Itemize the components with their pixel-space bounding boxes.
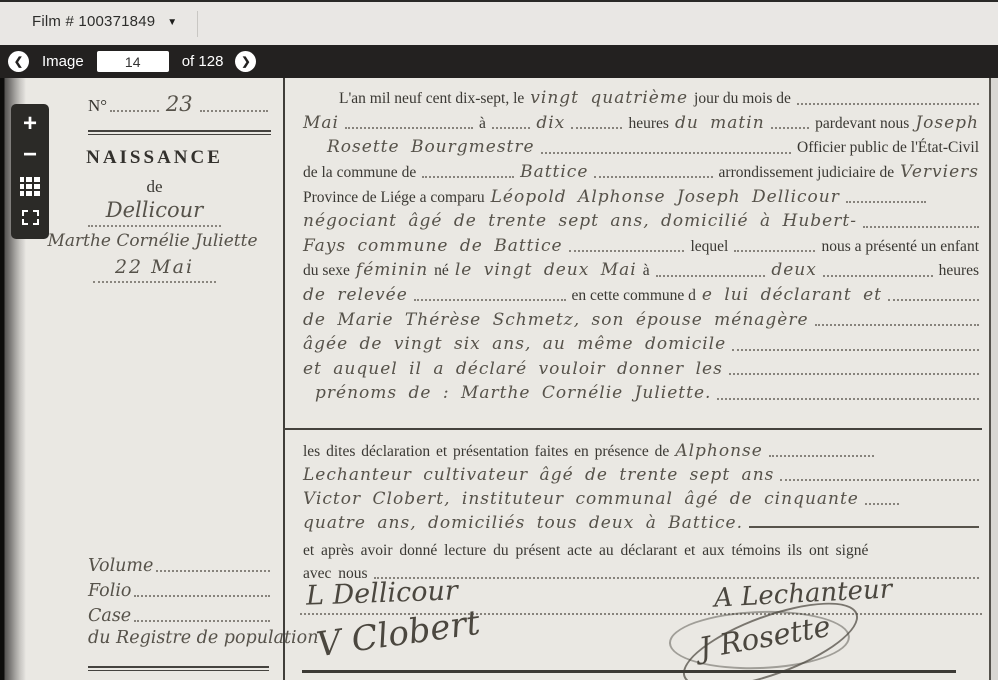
printed-text: du sexe xyxy=(303,261,350,280)
chevron-down-icon: ▼ xyxy=(167,15,177,28)
dotted-rule xyxy=(717,398,979,400)
image-number-input[interactable] xyxy=(97,51,169,72)
handwritten-text: Alphonse xyxy=(675,441,763,461)
zoom-out-button[interactable]: − xyxy=(11,140,49,170)
printed-text: lequel xyxy=(690,237,728,256)
document-text-line: quatre ans, domiciliés tous deux à Batti… xyxy=(300,509,982,533)
film-number-label: Film # 100371849 xyxy=(32,13,155,30)
top-bar: Film # 100371849 ▼ xyxy=(0,0,998,45)
document-text-line: Lechanteur cultivateur âgé de trente sep… xyxy=(300,461,982,485)
number-label: N° xyxy=(88,96,107,116)
record-number-value: 23 xyxy=(162,94,197,116)
dotted-rule xyxy=(771,127,809,129)
document-text-line: de Marie Thérèse Schmetz, son épouse mén… xyxy=(300,305,982,330)
rule-line xyxy=(134,620,270,622)
image-count-label: of 128 xyxy=(182,53,224,70)
margin-surname: Dellicour xyxy=(26,198,283,227)
printed-text: à xyxy=(643,261,650,280)
printed-text: L'an mil neuf cent dix-sept, le xyxy=(339,89,524,108)
document-text-line: de la commune deBatticearrondissement ju… xyxy=(300,158,982,183)
dotted-rule xyxy=(732,349,979,351)
rule-line xyxy=(156,570,270,572)
handwritten-text: Mai xyxy=(303,113,339,133)
case-label: Case xyxy=(88,606,131,626)
folio-field: Folio xyxy=(88,581,273,601)
film-selector-button[interactable]: Film # 100371849 ▼ xyxy=(32,13,177,30)
minus-icon: − xyxy=(23,143,37,167)
handwritten-text: Battice xyxy=(520,162,588,182)
printed-text: arrondissement judiciaire de xyxy=(719,163,895,182)
handwritten-text: Joseph xyxy=(915,113,979,133)
solid-rule xyxy=(749,526,979,528)
case-field: Case xyxy=(88,606,273,626)
registre-label: du Registre de population xyxy=(88,628,318,648)
dotted-rule xyxy=(846,201,926,203)
dotted-rule xyxy=(729,373,979,375)
rule-line xyxy=(110,110,159,112)
printed-text: pardevant nous xyxy=(815,114,909,133)
record-type-heading: NAISSANCE xyxy=(26,147,283,169)
fullscreen-button[interactable] xyxy=(11,202,49,232)
dotted-rule xyxy=(571,127,622,129)
surname-text: Dellicour xyxy=(88,198,221,227)
thumbnail-gallery-button[interactable] xyxy=(11,171,49,201)
document-text-line: du sexefémininnéle vingt deux Maiàdeuxhe… xyxy=(300,256,982,281)
double-rule xyxy=(88,666,269,671)
handwritten-text: féminin xyxy=(356,260,428,280)
divider xyxy=(197,11,198,37)
printed-text: Province de Liége a comparu xyxy=(303,188,485,207)
dotted-rule xyxy=(345,127,473,129)
dotted-rule xyxy=(594,176,712,178)
witness-section-text: les dites déclaration et présentation fa… xyxy=(300,437,982,533)
section-divider-rule xyxy=(283,428,982,430)
page-right-gutter xyxy=(991,78,998,680)
rule-line xyxy=(134,595,270,597)
handwritten-text: deux xyxy=(771,260,816,280)
handwritten-text: Rosette Bourgmestre xyxy=(327,137,535,157)
document-text-line: L'an mil neuf cent dix-sept, levingt qua… xyxy=(300,84,982,109)
dotted-rule xyxy=(780,479,979,481)
dotted-rule xyxy=(865,503,899,505)
document-text-line: les dites déclaration et présentation fa… xyxy=(300,437,982,461)
handwritten-text: le vingt deux Mai xyxy=(455,260,637,280)
document-text-line: Maiàdixheuresdu matinpardevant nousJosep… xyxy=(300,109,982,134)
document-text-line: négociant âgé de trente sept ans, domici… xyxy=(300,207,982,232)
printed-text: né xyxy=(434,261,449,280)
handwritten-text: du matin xyxy=(675,113,765,133)
handwritten-text: Léopold Alphonse Joseph Dellicour xyxy=(491,187,840,207)
document-main-column: L'an mil neuf cent dix-sept, levingt qua… xyxy=(300,78,982,680)
rule-line xyxy=(200,110,268,112)
chevron-right-icon: ❯ xyxy=(241,55,250,68)
handwritten-text: e lui déclarant et xyxy=(702,285,882,305)
document-text-line: âgée de vingt six ans, au même domicile xyxy=(300,330,982,355)
handwritten-text: prénoms de : Marthe Cornélie Juliette. xyxy=(315,383,711,403)
signature-officer: J Rosette xyxy=(697,609,835,671)
margin-date: 22 Mai xyxy=(26,256,283,283)
document-text-line: et après avoir donné lecture du présent … xyxy=(300,537,982,560)
printed-text: de la commune de xyxy=(303,163,416,182)
document-text-line: Victor Clobert, instituteur communal âgé… xyxy=(300,485,982,509)
margin-given-names: Marthe Cornélie Juliette xyxy=(22,231,283,251)
dotted-rule xyxy=(888,299,979,301)
signature-row-2: V Clobert J Rosette xyxy=(300,614,982,654)
film-image-viewer[interactable]: + − N° 23 NAISSANCE de Dellicour Marthe … xyxy=(0,78,998,680)
next-image-button[interactable]: ❯ xyxy=(235,51,256,72)
dotted-rule xyxy=(863,226,979,228)
handwritten-text: Victor Clobert, instituteur communal âgé… xyxy=(303,489,859,509)
grid-icon xyxy=(20,177,40,196)
document-margin-column: N° 23 NAISSANCE de Dellicour Marthe Corn… xyxy=(26,78,283,680)
dotted-rule xyxy=(815,324,979,326)
handwritten-text: vingt quatrième xyxy=(530,88,688,108)
signature-declarant: L Dellicour xyxy=(306,575,459,611)
dotted-rule xyxy=(414,299,566,301)
double-rule xyxy=(88,130,271,135)
record-number-line: N° 23 xyxy=(88,94,271,116)
printed-text: en cette commune d xyxy=(572,286,696,305)
document-text-line: Province de Liége a comparuLéopold Alpho… xyxy=(300,182,982,207)
zoom-in-button[interactable]: + xyxy=(11,109,49,139)
dotted-rule xyxy=(569,250,685,252)
previous-image-button[interactable]: ❮ xyxy=(8,51,29,72)
handwritten-text: négociant âgé de trente sept ans, domici… xyxy=(303,211,857,231)
dotted-rule xyxy=(823,275,933,277)
handwritten-text: et auquel il a déclaré vouloir donner le… xyxy=(303,359,723,379)
volume-label: Volume xyxy=(88,556,153,576)
de-label: de xyxy=(26,177,283,197)
plus-icon: + xyxy=(23,112,37,136)
dotted-rule xyxy=(656,275,766,277)
document-text-line: Fays commune de Batticelequelnous a prés… xyxy=(300,232,982,257)
image-navigation-bar: ❮ Image of 128 ❯ xyxy=(0,45,998,78)
handwritten-text: Fays commune de Battice xyxy=(303,236,563,256)
document-text-line: prénoms de : Marthe Cornélie Juliette. xyxy=(300,379,982,404)
signature-row-1: L Dellicour A Lechanteur xyxy=(300,578,982,615)
printed-text: jour du mois de xyxy=(694,89,791,108)
document-text-line: et auquel il a déclaré vouloir donner le… xyxy=(300,355,982,380)
dotted-rule xyxy=(734,250,815,252)
date-text: 22 Mai xyxy=(93,256,216,283)
volume-field: Volume xyxy=(88,556,273,576)
dotted-rule xyxy=(797,103,979,105)
bottom-rule xyxy=(302,670,956,673)
handwritten-text: Verviers xyxy=(900,162,979,182)
printed-text: les dites déclaration et présentation fa… xyxy=(303,442,669,461)
viewer-toolbar: + − xyxy=(11,104,49,239)
handwritten-text: âgée de vingt six ans, au même domicile xyxy=(303,334,726,354)
dotted-rule xyxy=(769,455,874,457)
document-column-divider xyxy=(283,78,285,680)
document-text-line: Rosette BourgmestreOfficier public de l'… xyxy=(300,133,982,158)
printed-text: et après avoir donné lecture du présent … xyxy=(303,541,868,560)
printed-text: Officier public de l'État-Civil xyxy=(797,138,979,157)
handwritten-text: de Marie Thérèse Schmetz, son épouse mén… xyxy=(303,310,809,330)
dotted-rule xyxy=(492,127,530,129)
chevron-left-icon: ❮ xyxy=(14,55,23,68)
printed-text: à xyxy=(479,114,486,133)
printed-text: heures xyxy=(939,261,979,280)
document-text-line: de relevéeen cette commune de lui déclar… xyxy=(300,281,982,306)
handwritten-text: Lechanteur cultivateur âgé de trente sep… xyxy=(303,465,774,485)
folio-label: Folio xyxy=(88,581,131,601)
handwritten-text: dix xyxy=(536,113,565,133)
dotted-rule xyxy=(541,152,791,154)
fullscreen-icon xyxy=(22,210,39,225)
printed-text: nous a présenté un enfant xyxy=(821,237,979,256)
dotted-rule xyxy=(422,176,514,178)
handwritten-text: quatre ans, domiciliés tous deux à Batti… xyxy=(303,513,743,533)
image-label: Image xyxy=(42,53,84,70)
act-body-text: L'an mil neuf cent dix-sept, levingt qua… xyxy=(300,84,982,404)
handwritten-text: de relevée xyxy=(303,285,408,305)
printed-text: heures xyxy=(628,114,668,133)
